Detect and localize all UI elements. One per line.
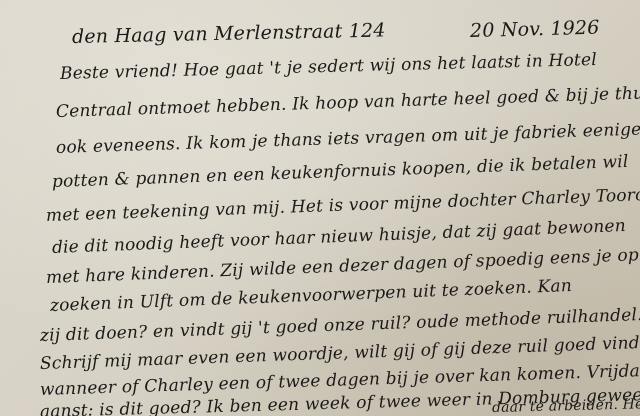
letter-line: potten & pannen en een keukenfornuis koo…: [52, 152, 629, 192]
letter-address: den Haag van Merlenstraat 124: [72, 19, 386, 48]
letter-date: 20 Nov. 1926: [470, 17, 600, 42]
letter-line: Beste vriend! Hoe gaat 't je sedert wij …: [60, 50, 597, 84]
letter-page: den Haag van Merlenstraat 124 20 Nov. 19…: [0, 0, 640, 416]
letter-line: Centraal ontmoet hebben. Ik hoop van har…: [56, 83, 640, 122]
letter-line: ook eveneens. Ik kom je thans iets vrage…: [56, 120, 640, 158]
